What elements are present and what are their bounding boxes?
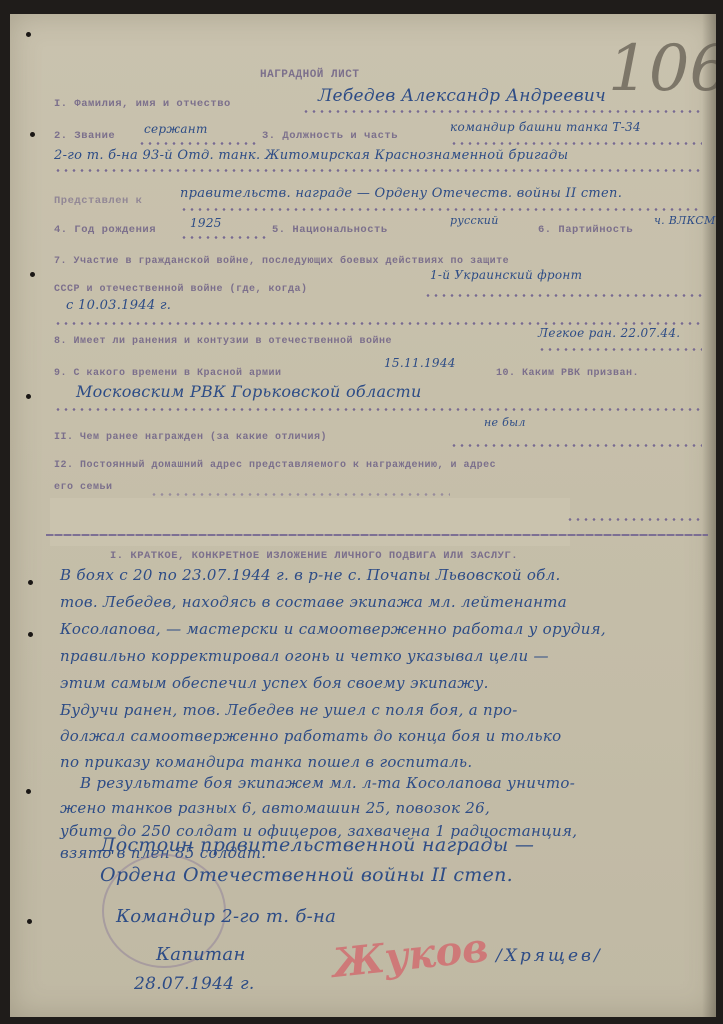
- field-8-label: 8. Имеет ли ранения и контузии в отечест…: [54, 336, 392, 347]
- field-7-label-line2: СССР и отечественной войне (где, когда): [54, 284, 308, 295]
- presented-value: правительств. награде — Ордену Отечеств.…: [180, 186, 622, 201]
- field-3-label: 3. Должность и часть: [262, 130, 398, 142]
- narrative-line: по приказу командира танка пошел в госпи…: [60, 753, 472, 771]
- dotted-line: [302, 110, 702, 113]
- page-edge-shadow: [702, 14, 716, 1017]
- presented-label: Представлен к: [54, 195, 142, 207]
- binding-hole: [26, 32, 31, 37]
- signature-date: 28.07.1944 г.: [134, 974, 255, 994]
- field-9-label: 9. С какого времени в Красной армии: [54, 368, 282, 379]
- binding-hole: [26, 789, 31, 794]
- dotted-line: [150, 493, 450, 496]
- binding-hole: [30, 132, 35, 137]
- dotted-line: [566, 518, 702, 521]
- field-3-value-line2: 2-го т. б-на 93-й Отд. танк. Житомирская…: [54, 148, 568, 163]
- field-5-value: русский: [450, 214, 499, 227]
- redacted-address-area: [50, 498, 570, 546]
- field-4-value: 1925: [190, 216, 222, 230]
- field-12-label-line2: его семьи: [54, 482, 113, 493]
- field-9-value: 15.11.1944: [384, 356, 456, 370]
- field-12-label-line1: I2. Постоянный домашний адрес представля…: [54, 460, 496, 471]
- signatory-name: /Хрящев/: [496, 946, 603, 966]
- field-4-label: 4. Год рождения: [54, 224, 156, 236]
- dotted-line: [180, 236, 270, 239]
- award-sheet: 106 НАГРАДНОЙ ЛИСТ I. Фамилия, имя и отч…: [10, 14, 716, 1017]
- field-10-label: 10. Каким РВК призван.: [496, 368, 639, 379]
- binding-hole: [27, 919, 32, 924]
- conclusion-line-1: Достоин правительственной награды —: [100, 834, 534, 856]
- signature-position: Командир 2-го т. б-на: [116, 906, 336, 927]
- narrative-line: В боях с 20 по 23.07.1944 г. в р-не с. П…: [60, 566, 561, 584]
- signature-rank: Капитан: [156, 944, 246, 965]
- narrative-line: Будучи ранен, тов. Лебедев не ушел с пол…: [60, 701, 518, 719]
- narrative-line: должал самоотверженно работать до конца …: [60, 727, 561, 745]
- conclusion-line-2: Ордена Отечественной войны II степ.: [100, 864, 513, 886]
- field-7-value-line2: с 10.03.1944 г.: [66, 298, 171, 313]
- narrative-line: Косолапова, — мастерски и самоотверженно…: [60, 620, 606, 638]
- field-11-label: II. Чем ранее награжден (за какие отличи…: [54, 432, 327, 443]
- field-6-label: 6. Партийность: [538, 224, 633, 236]
- dotted-line: [450, 444, 702, 447]
- binding-hole: [30, 272, 35, 277]
- document-title: НАГРАДНОЙ ЛИСТ: [260, 69, 359, 81]
- dotted-line: [538, 348, 702, 351]
- section-heading: I. КРАТКОЕ, КОНКРЕТНОЕ ИЗЛОЖЕНИЕ ЛИЧНОГО…: [110, 550, 518, 562]
- narrative-line: этим самым обеспечил успех боя своему эк…: [60, 674, 489, 692]
- narrative-line: тов. Лебедев, находясь в составе экипажа…: [60, 593, 567, 611]
- binding-hole: [28, 580, 33, 585]
- field-1-label: I. Фамилия, имя и отчество: [54, 98, 231, 110]
- dotted-line: [450, 142, 702, 145]
- field-5-label: 5. Национальность: [272, 224, 388, 236]
- dotted-line: [54, 169, 702, 172]
- field-3-value-line1: командир башни танка Т-34: [450, 120, 641, 134]
- binding-hole: [28, 632, 33, 637]
- dotted-line: [180, 208, 702, 211]
- section-divider: [46, 534, 708, 536]
- field-7-label-line1: 7. Участие в гражданской войне, последую…: [54, 256, 509, 267]
- dotted-line: [54, 408, 702, 411]
- narrative-line: В результате боя экипажем мл. л-та Косол…: [80, 774, 575, 792]
- field-8-value: Легкое ран. 22.07.44.: [538, 326, 680, 340]
- field-1-value: Лебедев Александр Андреевич: [318, 86, 606, 106]
- dotted-line: [54, 322, 702, 325]
- red-signature: Жуков: [330, 924, 490, 987]
- narrative-line: жено танков разных 6, автомашин 25, пово…: [60, 799, 490, 817]
- field-2-value: сержант: [144, 122, 208, 136]
- field-2-label: 2. Звание: [54, 130, 115, 142]
- field-11-value: не был: [484, 416, 526, 429]
- dotted-line: [424, 294, 702, 297]
- archive-number: 106: [608, 32, 716, 106]
- field-10-value: Московским РВК Горьковской области: [76, 382, 422, 401]
- binding-hole: [26, 394, 31, 399]
- field-7-value-line1: 1-й Украинский фронт: [430, 268, 582, 282]
- dotted-line: [138, 142, 258, 145]
- narrative-line: правильно корректировал огонь и четко ук…: [60, 647, 549, 665]
- field-6-value: ч. ВЛКСМ: [654, 214, 716, 227]
